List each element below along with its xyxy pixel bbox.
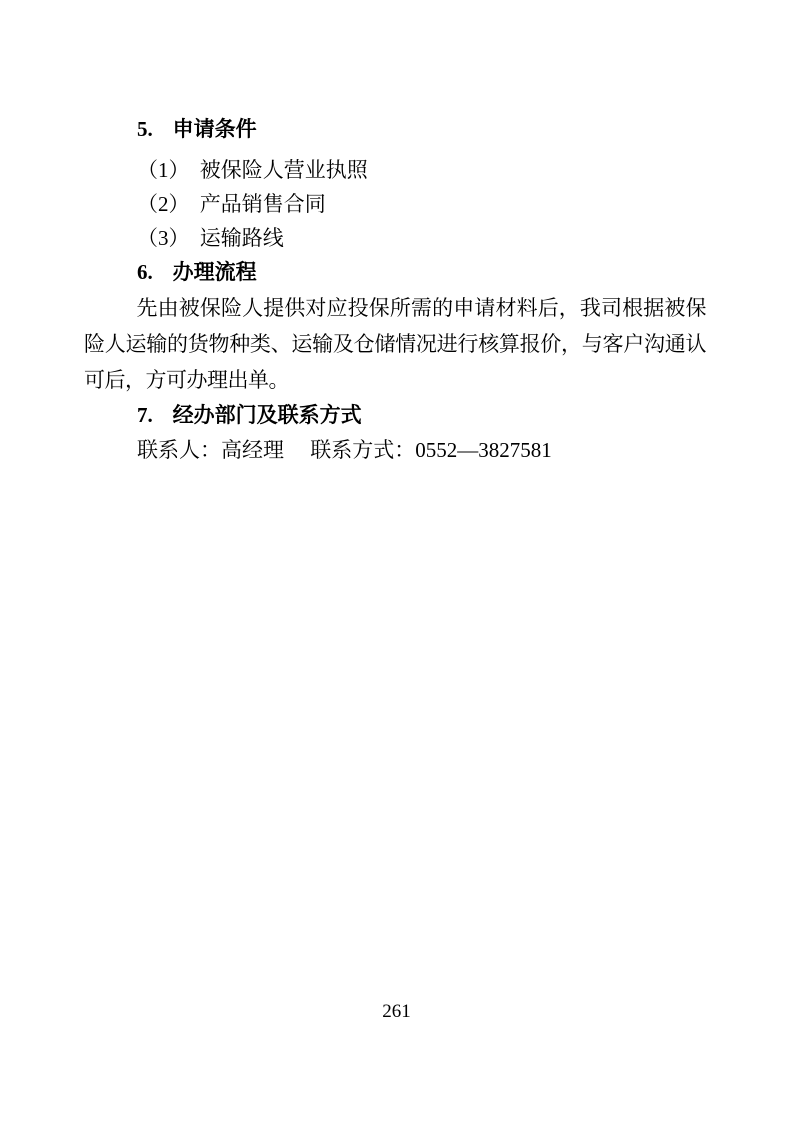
contact-method: 联系方式：0552—3827581	[310, 438, 552, 462]
document-page: 5. 申请条件 （1） 被保险人营业执照 （2） 产品销售合同 （3） 运输路线…	[0, 0, 793, 1122]
page-content: 5. 申请条件 （1） 被保险人营业执照 （2） 产品销售合同 （3） 运输路线…	[84, 112, 706, 467]
section-number: 5.	[137, 117, 153, 141]
list-text: 被保险人营业执照	[200, 158, 368, 182]
list-item: （3） 运输路线	[84, 221, 706, 255]
section-title: 办理流程	[173, 261, 257, 284]
section-heading-7: 7. 经办部门及联系方式	[84, 398, 706, 433]
list-marker: （3）	[137, 226, 190, 250]
section-number: 6.	[137, 260, 153, 284]
contact-line: 联系人：高经理 联系方式：0552—3827581	[84, 433, 706, 467]
section-heading-5: 5. 申请条件	[84, 112, 706, 147]
list-item: （2） 产品销售合同	[84, 187, 706, 221]
section-number: 7.	[137, 403, 153, 427]
section-title: 经办部门及联系方式	[173, 404, 362, 427]
section-title: 申请条件	[173, 118, 257, 141]
list-marker: （2）	[137, 192, 190, 216]
list-text: 产品销售合同	[200, 192, 326, 216]
list-item: （1） 被保险人营业执照	[84, 153, 706, 187]
contact-person: 联系人：高经理	[137, 438, 284, 462]
page-number: 261	[0, 1000, 793, 1024]
list-marker: （1）	[137, 158, 190, 182]
list-text: 运输路线	[200, 226, 284, 250]
section-heading-6: 6. 办理流程	[84, 255, 706, 290]
body-paragraph: 先由被保险人提供对应投保所需的申请材料后，我司根据被保险人运输的货物种类、运输及…	[84, 290, 706, 398]
